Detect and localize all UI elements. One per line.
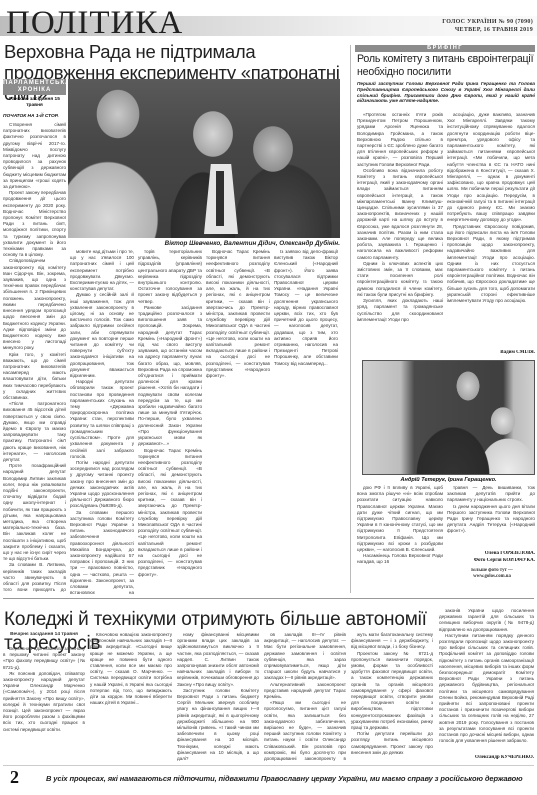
paragraph: Потім депутати перейшли до розгляду пита… [351, 731, 433, 756]
issue-number: ГОЛОС УКРАЇНИ № 90 (7090) [442, 18, 533, 26]
photo-figure-tie [216, 171, 224, 226]
footer-quote: В усіх процесах, які намагаються підточи… [46, 774, 534, 783]
photo-credit: Фото Сергія КОРЛАЧУКА. [447, 558, 535, 565]
paragraph: «Протягом останніх п'яти років Президент… [357, 112, 443, 168]
paragraph: Співдоповідачем законопроекту від коміте… [3, 258, 66, 351]
meeting-info: Ранкове засідання 15 травня [3, 97, 66, 109]
lead-column-2: мовите над дітьми і про те, що у нас з'я… [70, 249, 134, 594]
lead-photo [68, 79, 340, 238]
paragraph: Думаю у сесійній залі й інші зауваження,… [70, 292, 134, 379]
briefing-photo-caption: Андрій Тетерук, Ірина Геращенко. [362, 477, 535, 483]
paragraph: Зусилля, яких докладають наші уряд, парл… [357, 298, 443, 323]
rubric-label: ПАРЛАМЕНТСЬКА ХРОНІКА [3, 79, 66, 95]
paragraph: дою РФ і її впливу в Україні, щоб вона з… [357, 485, 443, 553]
paragraph: Проте позафракційний народний депутат Во… [3, 463, 66, 562]
more-photos-link[interactable]: Більше фото тут — www.golos.com.ua [462, 568, 522, 582]
briefing-column-2: асоціацію, дуже важливо, зазначив Хюг Мі… [447, 112, 535, 349]
lead-column-4: Водночас Тарас Кремінь торкнувся питання… [206, 249, 270, 594]
briefing-column-4: травня — День вишиванки, тож закликав де… [447, 485, 535, 547]
issue-info: ГОЛОС УКРАЇНИ № 90 (7090) ЧЕТВЕР, 16 ТРА… [442, 18, 533, 34]
paragraph: Створення сімей патронатних вихователів … [3, 122, 66, 190]
briefing-signature: Вадим СМІЛЯ. [447, 350, 535, 358]
section-title: ПОЛІТИКА [6, 6, 183, 40]
paragraph: Із днем народження цього дня вітали Перш… [447, 504, 535, 535]
briefing-column-3: дою РФ і її впливу в Україні, щоб вона з… [357, 485, 443, 593]
masthead: ПОЛІТИКА ГОЛОС УКРАЇНИ № 90 (7090) ЧЕТВЕ… [0, 8, 537, 38]
lead-column-1: Створення сімей патронатних вихователів … [3, 122, 66, 592]
paragraph: Народні депутати обговорили також проект… [70, 379, 134, 460]
second-column-2: Ключовою новацією законопроекту є автоно… [90, 632, 172, 761]
paragraph: Представник Євросоюзу повідомив, що його… [447, 224, 535, 305]
paragraph: мовите над дітьми і про те, що у нас з'я… [70, 249, 134, 292]
paragraph: Заступник голови Комітету Верховної Ради… [177, 688, 259, 761]
paragraph: ов закладів III—IV рівнів акредитації, —… [264, 632, 346, 682]
column-divider [350, 45, 351, 593]
paragraph: асоціацію, дуже важливо, зазначив Хюг Мі… [447, 112, 535, 224]
paragraph: ному фінансуванні місцевими органами вла… [177, 632, 259, 688]
briefing-column-1: «Протягом останніх п'яти років Президент… [357, 112, 443, 357]
briefing-label: БРИФІНГ [355, 45, 535, 52]
continued-kicker: ПОЧАТОК НА 1-Й СТОР. [3, 114, 66, 119]
paragraph: законів України щодо посилення державних… [439, 608, 534, 633]
paragraph: Із заявою від депо-фракції виступив тако… [274, 249, 338, 367]
section-divider [3, 598, 534, 599]
second-column-5: жуть мати багатоканальну систему фінансу… [351, 632, 433, 761]
paragraph: Проектом закону № 8721-д пропонується ви… [351, 651, 433, 732]
lead-column-5: Із заявою від депо-фракції виступив тако… [274, 249, 338, 594]
paragraph: Одним із ключових аспектів цих змістовни… [357, 261, 443, 298]
paragraph: жуть мати багатоканальну систему фінансу… [351, 632, 433, 651]
paragraph: Крім того, у комітеті вважають, що до сі… [3, 352, 66, 402]
paragraph: Наступним питанням порядку денного розгл… [439, 633, 534, 745]
paragraph: Ранкове засідання традиційно розпочалося… [138, 305, 202, 448]
paragraph: Ключовою новацією законопроекту є автоно… [90, 632, 172, 706]
paragraph: Насамкінець Голова Верховної Ради нагада… [357, 553, 443, 565]
paragraph: «Після патронатного виховання 45 відсотк… [3, 401, 66, 463]
paragraph: За словами першого заступника голови Ком… [70, 510, 134, 594]
page-number: 2 [10, 767, 19, 788]
second-column-1: Верховна Рада схвалила за основу в першо… [3, 646, 85, 761]
paragraph: Альтернативний законопроект представив н… [264, 682, 346, 701]
paragraph: Особливо вона відзначила роботу Комітету… [357, 168, 443, 261]
paragraph: За словами В. Литвина, керівників таких … [3, 562, 66, 592]
second-column-3: ному фінансуванні місцевими органами вла… [177, 632, 259, 761]
issue-date: ЧЕТВЕР, 16 ТРАВНЯ 2019 [442, 26, 533, 34]
briefing-lead: Перший заступник Голови Верховної Ради І… [357, 81, 535, 104]
briefing-photo [362, 360, 535, 475]
second-signature: Олександр КУЧЕРЕНКО. [439, 755, 534, 763]
lead-photo-caption: Віктор Шевченко, Валентин Дідич, Олексан… [68, 240, 340, 247]
paragraph: Верховна Рада схвалила за основу в першо… [3, 646, 85, 671]
paragraph: травня — День вишиванки, тож закликав де… [447, 485, 535, 504]
briefing-headline: Роль комітету з питань євроінтеграції не… [357, 53, 537, 79]
meeting-info-2: Вечірнє засідання 14 травня [3, 632, 85, 646]
second-column-6: законів України щодо посилення державних… [439, 608, 534, 754]
paragraph: Водночас Тарас Кремінь торкнувся питання… [138, 448, 202, 578]
footer-divider [3, 765, 534, 766]
paragraph: Водночас Тарас Кремінь торкнувся питання… [206, 249, 270, 379]
paragraph: торів територіальних управлінь, керівник… [138, 249, 202, 305]
second-column-4: ов закладів III—IV рівнів акредитації, —… [264, 632, 346, 761]
paragraph: Проект закону передбачав продовження дії… [3, 190, 66, 258]
author-signature: Олена ГОРЯЗЕЛОВА. [447, 551, 535, 558]
paragraph: «Якщо ми сьогодні не проголосуємо, питан… [264, 700, 346, 761]
lead-column-3: торів територіальних управлінь, керівник… [138, 249, 202, 594]
paragraph: Як пояснив доповідач, співавтор законопр… [3, 671, 85, 733]
paragraph: Потім народні депутати зосередилися над … [70, 460, 134, 510]
